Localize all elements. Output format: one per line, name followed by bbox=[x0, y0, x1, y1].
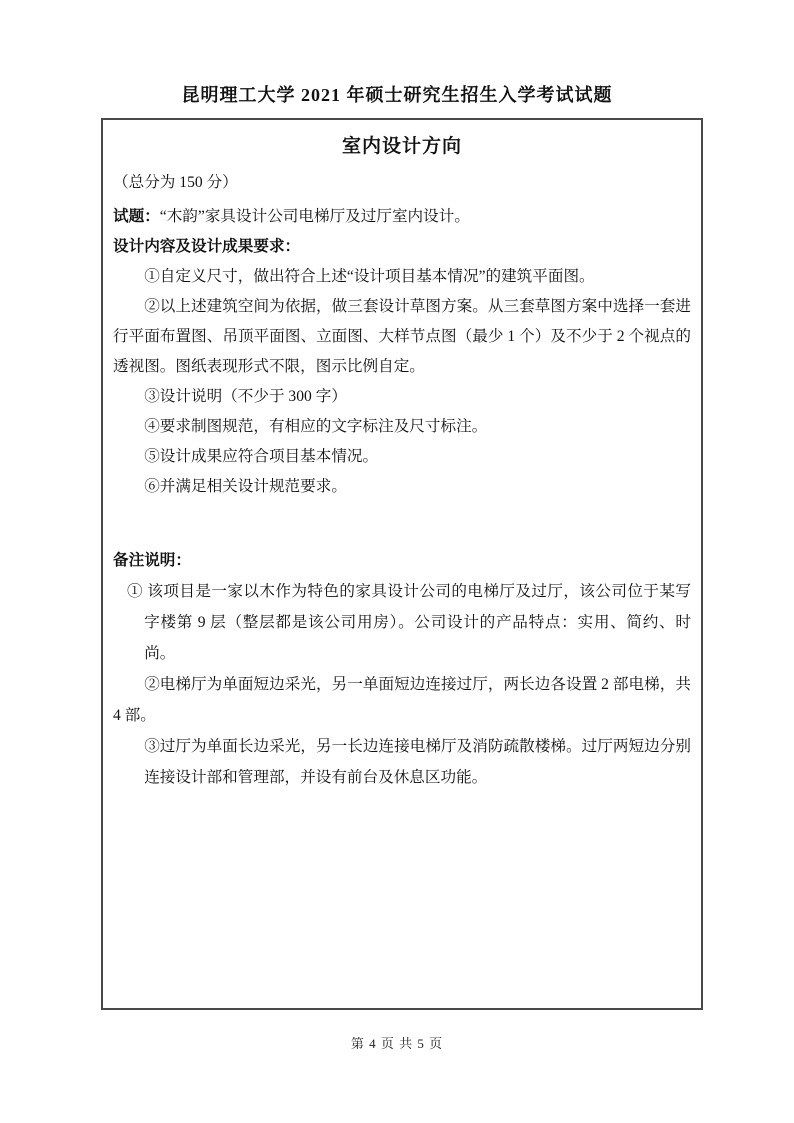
requirement-item-4: ④要求制图规范，有相应的文字标注及尺寸标注。 bbox=[113, 412, 691, 442]
note-item-3: ③过厅为单面长边采光，另一长边连接电梯厅及消防疏散楼梯。过厅两短边分别连接设计部… bbox=[113, 731, 691, 793]
note-item-2: ②电梯厅为单面短边采光，另一单面短边连接过厅，两长边各设置 2 部电梯，共 4 … bbox=[113, 669, 691, 731]
requirement-item-5: ⑤设计成果应符合项目基本情况。 bbox=[113, 442, 691, 472]
page-footer: 第 4 页 共 5 页 bbox=[0, 1036, 794, 1052]
direction-title: 室内设计方向 bbox=[113, 132, 691, 162]
total-score-note: （总分为 150 分） bbox=[113, 168, 691, 198]
requirement-item-1: ①自定义尺寸，做出符合上述“设计项目基本情况”的建筑平面图。 bbox=[113, 262, 691, 292]
exam-content-box: 室内设计方向 （总分为 150 分） 试题：“木韵”家具设计公司电梯厅及过厅室内… bbox=[101, 118, 703, 1010]
requirement-item-6: ⑥并满足相关设计规范要求。 bbox=[113, 472, 691, 502]
topic-label: 试题： bbox=[113, 208, 160, 225]
topic-paragraph: 试题：“木韵”家具设计公司电梯厅及过厅室内设计。 bbox=[113, 202, 691, 232]
requirements-heading: 设计内容及设计成果要求： bbox=[113, 232, 691, 262]
notes-heading: 备注说明： bbox=[113, 546, 691, 576]
exam-paper-page: 昆明理工大学 2021 年硕士研究生招生入学考试试题 室内设计方向 （总分为 1… bbox=[0, 0, 794, 1123]
topic-text: “木韵”家具设计公司电梯厅及过厅室内设计。 bbox=[160, 208, 470, 225]
note-item-1: ① 该项目是一家以木作为特色的家具设计公司的电梯厅及过厅，该公司位于某写字楼第 … bbox=[113, 576, 691, 669]
page-title: 昆明理工大学 2021 年硕士研究生招生入学考试试题 bbox=[0, 0, 794, 106]
requirement-item-2: ②以上述建筑空间为依据，做三套设计草图方案。从三套草图方案中选择一套进行平面布置… bbox=[113, 292, 691, 382]
requirement-item-3: ③设计说明（不少于 300 字） bbox=[113, 382, 691, 412]
